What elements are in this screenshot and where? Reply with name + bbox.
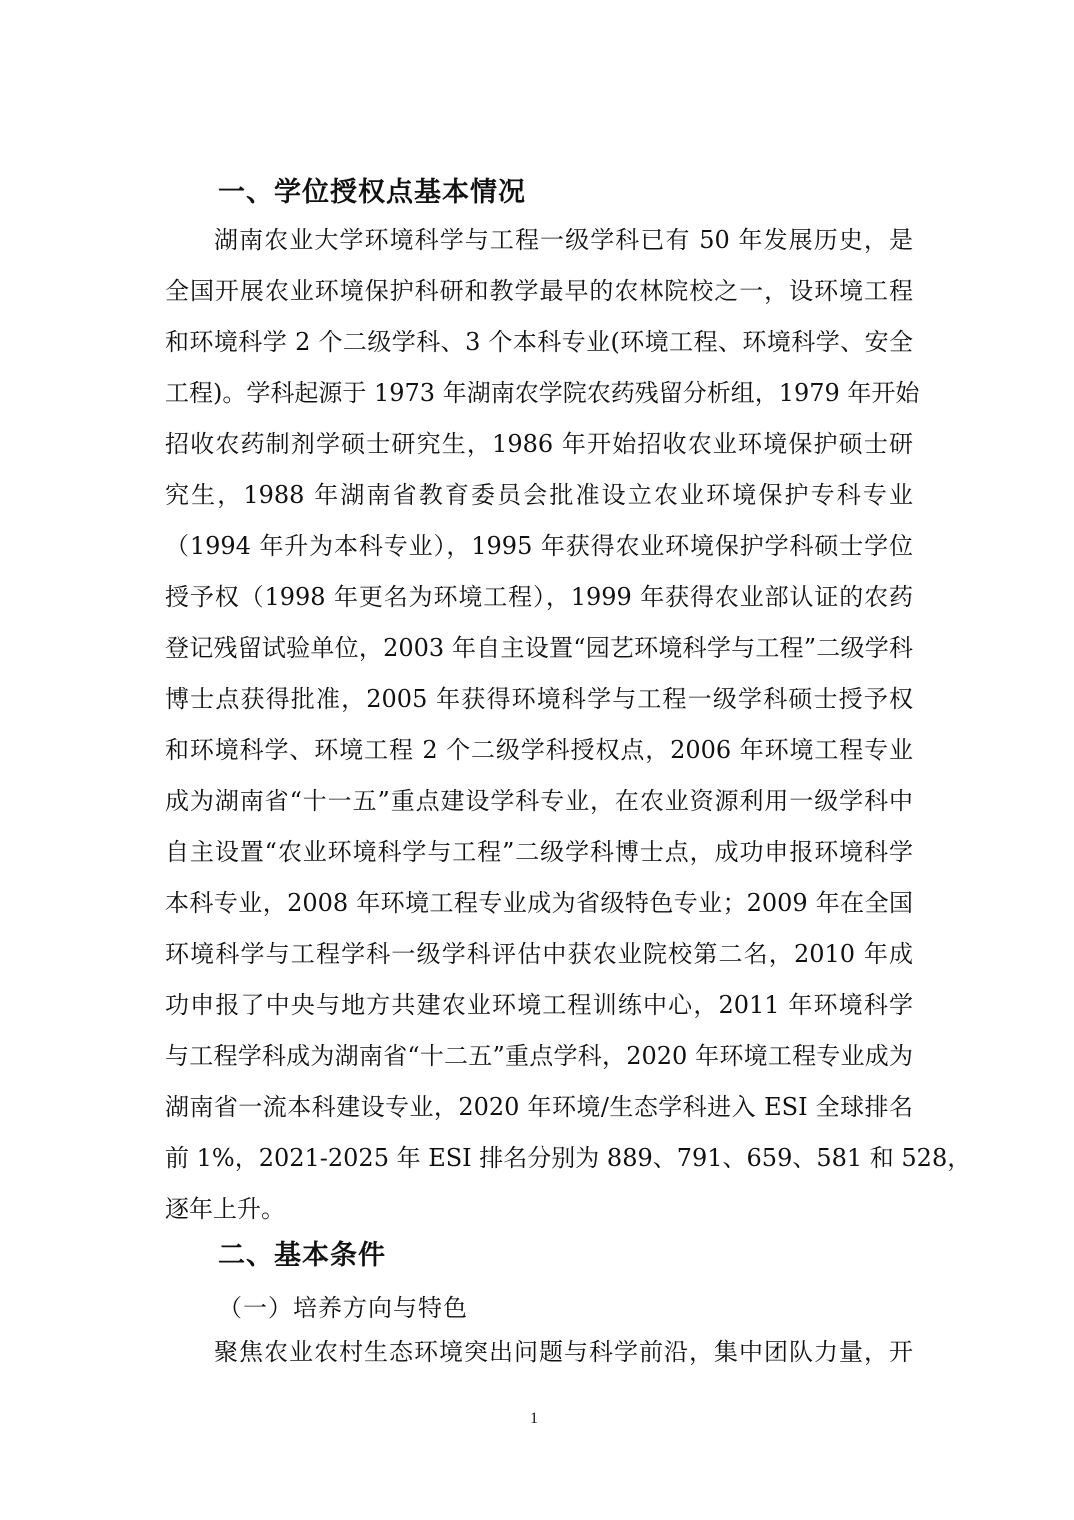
- paragraph-line: 和环境科学、环境工程 2 个二级学科授权点，2006 年环境工程专业: [165, 735, 913, 765]
- section-1-heading: 一、学位授权点基本情况: [218, 170, 526, 209]
- document-page: 一、学位授权点基本情况 湖南农业大学环境科学与工程一级学科已有 50 年发展历史…: [0, 0, 1074, 1520]
- paragraph-line: 前 1%，2021-2025 年 ESI 排名分别为 889、791、659、5…: [165, 1143, 913, 1173]
- paragraph-line: （1994 年升为本科专业），1995 年获得农业环境保护学科硕士学位: [165, 531, 913, 561]
- paragraph-line: 授予权（1998 年更名为环境工程），1999 年获得农业部认证的农药: [165, 582, 913, 612]
- paragraph-line: 湖南农业大学环境科学与工程一级学科已有 50 年发展历史，是: [214, 225, 913, 255]
- page-number: 1: [530, 1410, 538, 1428]
- subsection-heading: （一）培养方向与特色: [218, 1288, 468, 1323]
- paragraph-line: 环境科学与工程学科一级学科评估中获农业院校第二名，2010 年成: [165, 939, 913, 969]
- paragraph-line: 功申报了中央与地方共建农业环境工程训练中心，2011 年环境科学: [165, 990, 913, 1020]
- paragraph-line: 与工程学科成为湖南省“十二五”重点学科，2020 年环境工程专业成为: [165, 1041, 913, 1071]
- paragraph-line: 自主设置“农业环境科学与工程”二级学科博士点，成功申报环境科学: [165, 837, 913, 867]
- paragraph-line: 究生，1988 年湖南省教育委员会批准设立农业环境保护专科专业: [165, 480, 913, 510]
- section-2-heading: 二、基本条件: [218, 1233, 386, 1272]
- paragraph-line: 工程)。学科起源于 1973 年湖南农学院农药残留分析组，1979 年开始: [165, 378, 913, 408]
- paragraph-line: 本科专业，2008 年环境工程专业成为省级特色专业；2009 年在全国: [165, 888, 913, 918]
- paragraph-line: 和环境科学 2 个二级学科、3 个本科专业(环境工程、环境科学、安全: [165, 327, 913, 357]
- paragraph-line: 博士点获得批准，2005 年获得环境科学与工程一级学科硕士授予权: [165, 684, 913, 714]
- paragraph-line: 登记残留试验单位，2003 年自主设置“园艺环境科学与工程”二级学科: [165, 633, 913, 663]
- paragraph-line: 招收农药制剂学硕士研究生，1986 年开始招收农业环境保护硕士研: [165, 429, 913, 459]
- paragraph-line: 全国开展农业环境保护科研和教学最早的农林院校之一，设环境工程: [165, 276, 913, 306]
- paragraph-line: 聚焦农业农村生态环境突出问题与科学前沿，集中团队力量，开: [214, 1337, 913, 1367]
- paragraph-line: 湖南省一流本科建设专业，2020 年环境/生态学科进入 ESI 全球排名: [165, 1092, 913, 1122]
- paragraph-line: 成为湖南省“十一五”重点建设学科专业，在农业资源利用一级学科中: [165, 786, 913, 816]
- paragraph-line: 逐年上升。: [165, 1194, 913, 1224]
